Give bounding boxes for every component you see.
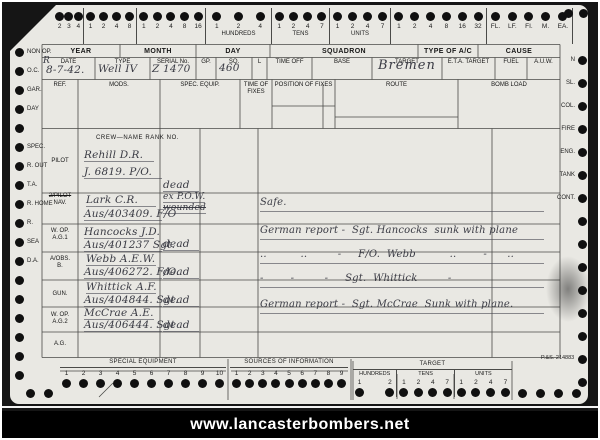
punch-unit: 1 <box>139 12 148 30</box>
label-spec-equip: SPEC. EQUIP. <box>160 80 240 94</box>
label-base: BASE <box>312 58 372 79</box>
punch-unit: 2 <box>234 12 243 30</box>
pos-line1: A/OBS. <box>50 256 70 262</box>
punch-unit <box>44 389 53 400</box>
punch-unit: 2 <box>289 12 298 30</box>
punch-hole <box>181 379 190 388</box>
punch-number: 8 <box>445 23 449 30</box>
punch-hole <box>410 12 419 21</box>
punch-unit: 8 <box>442 12 451 30</box>
punch-group-sublabel: UNITS <box>330 31 390 38</box>
rail-label: FIRE <box>547 126 575 133</box>
punch-hole <box>394 12 403 21</box>
punch-unit: 8 <box>324 370 333 388</box>
punch-hole <box>578 79 587 88</box>
punch-unit: 9 <box>198 370 207 388</box>
pos-line1: W. OP. <box>51 228 69 234</box>
crew-note: .. .. - F/O. Webb .. - .. <box>260 249 544 264</box>
punch-hole <box>572 389 581 398</box>
punch-group-year: 234 <box>55 8 84 44</box>
crew-note: German report - Sgt. McCrae Sunk with pl… <box>260 299 544 314</box>
punch-number: 1 <box>65 370 69 377</box>
punch-hole <box>578 148 587 157</box>
punch-unit: 7 <box>501 379 510 397</box>
punch-hole <box>578 56 587 65</box>
pos-line1: PILOT <box>51 158 68 164</box>
punch-hole <box>491 12 500 21</box>
target-title: TARGET <box>353 361 512 370</box>
punch-hole <box>337 379 346 388</box>
punch-number: 10 <box>216 370 223 377</box>
rail-item <box>541 210 587 233</box>
punch-unit <box>579 9 588 20</box>
label-ref: REF. <box>42 80 78 94</box>
header-year: YEAR <box>42 45 120 57</box>
punch-hole <box>271 379 280 388</box>
punch-unit: 1 <box>86 12 95 30</box>
punch-number: 2 <box>82 370 86 377</box>
punch-hole <box>524 12 533 21</box>
punch-hole <box>15 105 24 114</box>
rail-item <box>541 233 587 256</box>
punch-number: M. <box>542 23 549 30</box>
punch-hole <box>125 12 134 21</box>
header-month: MONTH <box>120 45 196 57</box>
punch-number: 16 <box>459 23 466 30</box>
punch-number: 2 <box>417 379 421 386</box>
punch-unit: 2 <box>245 370 254 388</box>
punch-hole <box>15 314 24 323</box>
right-punch-rail: NSL.COL.FIREENG.TANKCONT. <box>541 49 587 394</box>
punch-number: 32 <box>474 23 481 30</box>
punch-group-squadron-units: 1247 UNITS <box>330 8 391 44</box>
header-day: DAY <box>196 45 270 57</box>
separator-line <box>2 406 598 408</box>
crew-position-label: A/OBS.B. <box>44 256 76 270</box>
special-equipment-section: SPECIAL EQUIPMENT 12345678910 <box>60 359 226 388</box>
punch-hole <box>518 389 527 398</box>
rail-label: CONT. <box>547 195 575 202</box>
punch-number: 4 <box>429 23 433 30</box>
punch-number: 4 <box>169 23 173 30</box>
punch-hole <box>15 276 24 285</box>
crew-status: dead <box>163 179 199 192</box>
punch-unit: 4 <box>486 379 495 397</box>
crew-note: - - - Sgt. Whittick - <box>260 273 544 288</box>
punch-unit: 7 <box>311 370 320 388</box>
punch-number: 2 <box>156 23 160 30</box>
pos-line2: NAV. <box>53 200 66 206</box>
punch-unit: 3 <box>64 12 73 30</box>
punch-number: 1 <box>277 23 281 30</box>
punch-number: 4 <box>366 23 370 30</box>
rail-item: DAY <box>15 100 54 119</box>
hw-date: 8-7-42. <box>46 64 85 76</box>
target-groups: HUNDREDS 12 TENS 1247 UNITS 1247 <box>353 370 512 397</box>
crew-note: German report - Sgt. Hancocks sunk with … <box>260 225 544 240</box>
top-punch-strip: 234 1248 124816 124 HUNDREDS 1247 TENS 1… <box>55 8 573 44</box>
sources-of-information-section: SOURCES OF INFORMATION 123456789 <box>230 359 348 388</box>
punch-hole <box>324 379 333 388</box>
punch-cells: 123456789 <box>230 368 348 388</box>
punch-hole <box>55 12 64 21</box>
crew-number: Aus/403409. F/O <box>84 208 162 221</box>
punch-unit: 1 <box>275 12 284 30</box>
punch-number: 2 <box>388 379 392 386</box>
crew-status: ex P.O.W. <box>163 192 205 203</box>
punch-hole <box>64 12 73 21</box>
punch-hole <box>428 388 437 397</box>
punch-hole <box>298 379 307 388</box>
crew-name: Lark C.R. <box>86 194 156 207</box>
punch-unit: 2 <box>79 370 88 388</box>
crew-name: Webb A.E.W. <box>86 253 156 266</box>
section-header-row: YEAR MONTH DAY SQUADRON TYPE OF A/C CAUS… <box>42 45 560 57</box>
scan-smudge <box>546 256 590 322</box>
punch-hole <box>442 12 451 21</box>
punch-unit: 6 <box>147 370 156 388</box>
punch-hole <box>285 379 294 388</box>
punch-hole <box>474 12 483 21</box>
punch-number: 7 <box>381 23 385 30</box>
crew-position-label: PILOT <box>44 158 76 165</box>
crew-status-2: wounded <box>163 203 206 214</box>
punch-number: 1 <box>142 23 146 30</box>
punch-number: 3 <box>99 370 103 377</box>
punch-hole <box>112 12 121 21</box>
website-url: www.lancasterbombers.net <box>190 416 409 434</box>
punch-number: 2 <box>58 23 62 30</box>
label-fuel: FUEL <box>495 58 527 79</box>
punch-cells: 1248 <box>84 8 136 30</box>
header-squadron: SQUADRON <box>270 45 418 57</box>
punch-unit: 10 <box>215 370 224 388</box>
crew-status: dead <box>163 238 199 251</box>
punch-number: 7 <box>167 370 171 377</box>
punch-hole <box>578 102 587 111</box>
punch-hole <box>15 238 24 247</box>
punch-hole <box>414 388 423 397</box>
rail-item: FIRE <box>541 118 587 141</box>
pos-line2: A.G.2 <box>52 319 67 325</box>
label-bomb-load: BOMB LOAD <box>458 80 560 94</box>
punch-number: 7 <box>320 23 324 30</box>
punch-number: 4 <box>306 23 310 30</box>
punch-unit: 4 <box>166 12 175 30</box>
rail-item <box>541 325 587 348</box>
punch-hole <box>578 332 587 341</box>
punch-unit: 16 <box>458 12 467 30</box>
punch-hole <box>578 125 587 134</box>
punch-number: 1 <box>397 23 401 30</box>
punch-cells: 1247 <box>330 8 390 30</box>
punch-unit: 1 <box>394 12 403 30</box>
punch-hole <box>578 240 587 249</box>
punch-unit: 1 <box>399 379 408 397</box>
print-code: P.&S. 214883 <box>541 355 574 361</box>
punch-number: LF. <box>508 23 517 30</box>
punch-number: 2 <box>248 370 252 377</box>
punch-hole <box>426 12 435 21</box>
punch-group-squadron-hundreds: 124 HUNDREDS <box>206 8 272 44</box>
punch-unit: 4 <box>426 12 435 30</box>
punch-hole <box>99 12 108 21</box>
punch-unit: 7 <box>317 12 326 30</box>
punch-hole <box>385 388 394 397</box>
punch-cells: 1247 <box>455 377 512 397</box>
punch-hole <box>355 388 364 397</box>
punch-number: 7 <box>504 379 508 386</box>
header-type-of-ac: TYPE OF A/C <box>418 45 478 57</box>
punch-hole <box>501 388 510 397</box>
punch-unit: 2 <box>153 12 162 30</box>
rail-item: COL. <box>541 95 587 118</box>
punch-hole <box>458 12 467 21</box>
punch-hole <box>578 217 587 226</box>
rail-label: TANK <box>547 172 575 179</box>
punch-unit: FI. <box>524 12 533 30</box>
punch-unit: 4 <box>113 370 122 388</box>
punch-unit: 32 <box>474 12 483 30</box>
label-route: ROUTE <box>335 80 458 94</box>
punch-unit: 7 <box>164 370 173 388</box>
punch-unit: 16 <box>194 12 203 30</box>
punch-unit: 6 <box>298 370 307 388</box>
punch-number: 4 <box>489 379 493 386</box>
label-position-of-fixes: POSITION OF FIXES <box>272 80 335 94</box>
punch-unit: 2 <box>410 12 419 30</box>
punch-hole <box>256 12 265 21</box>
crew-number: Aus/401237 Sgt. <box>84 239 162 252</box>
punch-unit: 8 <box>181 370 190 388</box>
punch-unit: 2 <box>348 12 357 30</box>
crew-status: dead <box>163 319 199 332</box>
crew-position-label: GUN. <box>44 291 76 298</box>
crew-name: Hancocks J.D. <box>84 226 154 239</box>
punch-hole <box>166 12 175 21</box>
label-eta-target: E.T.A. TARGET <box>442 58 495 79</box>
punch-hole <box>15 200 24 209</box>
punch-unit <box>564 9 573 20</box>
corner-punch-holes <box>564 9 588 20</box>
punch-hole <box>44 389 53 398</box>
punch-hole <box>258 379 267 388</box>
header-cause: CAUSE <box>478 45 560 57</box>
label-gp: GP. <box>196 58 216 79</box>
website-caption-bar: www.lancasterbombers.net <box>2 411 598 438</box>
punch-number: 2 <box>351 23 355 30</box>
punch-cells: 1247 <box>272 8 329 30</box>
punch-hole <box>15 295 24 304</box>
punch-hole <box>317 12 326 21</box>
punch-hole <box>275 12 284 21</box>
punch-number: 4 <box>274 370 278 377</box>
punch-unit: 4 <box>256 12 265 30</box>
punch-hole <box>378 12 387 21</box>
punch-number: 7 <box>445 379 449 386</box>
rail-item: SPEC. <box>15 138 54 157</box>
punch-number: 1 <box>402 379 406 386</box>
crew-status: dead <box>163 294 199 307</box>
punch-cells: 124816 <box>137 8 205 30</box>
punch-number: 16 <box>195 23 202 30</box>
punch-hole <box>15 333 24 342</box>
punch-number: 1 <box>358 379 362 386</box>
punch-hole <box>194 12 203 21</box>
punch-unit <box>26 389 35 400</box>
punch-hole <box>15 352 24 361</box>
sources-title: SOURCES OF INFORMATION <box>230 359 348 368</box>
punch-number: 5 <box>133 370 137 377</box>
punch-unit: 2 <box>414 379 423 397</box>
pos-line2: B. <box>57 263 63 269</box>
punch-hole <box>15 371 24 380</box>
punch-number: 7 <box>313 370 317 377</box>
punch-hole <box>164 379 173 388</box>
punch-unit <box>554 389 563 400</box>
crew-status: dead <box>163 266 199 279</box>
punch-number: 9 <box>340 370 344 377</box>
hw-squadron: 460 <box>219 62 240 74</box>
rail-label: COL. <box>547 103 575 110</box>
crew-header: CREW—NAME RANK NO. <box>96 135 179 141</box>
pos-line1: GUN. <box>53 291 68 297</box>
punch-unit: 4 <box>428 379 437 397</box>
rail-item: CONT. <box>541 187 587 210</box>
punch-unit <box>536 389 545 400</box>
punch-hole <box>139 12 148 21</box>
punch-hole <box>234 12 243 21</box>
punch-hole <box>26 389 35 398</box>
crew-name: Rehill D.R. <box>84 149 154 162</box>
crew-number: Aus/404844. Sgt. <box>84 294 162 307</box>
punch-number: 6 <box>150 370 154 377</box>
punch-hole <box>96 379 105 388</box>
label-time-off: TIME OFF <box>267 58 312 79</box>
punch-hole <box>486 388 495 397</box>
label-auw: A.U.W. <box>527 58 560 79</box>
hw-type: Well IV <box>98 63 137 75</box>
punch-hole <box>15 219 24 228</box>
pos-line1: A.G. <box>54 341 66 347</box>
punch-hole <box>15 124 24 133</box>
punch-unit: 1 <box>62 370 71 388</box>
punch-number: 3 <box>261 370 265 377</box>
punch-unit: 3 <box>258 370 267 388</box>
punch-hole <box>457 388 466 397</box>
punch-cells: 12 <box>353 377 396 397</box>
target-tens-group: TENS 1247 <box>396 370 453 397</box>
punch-unit: 7 <box>443 379 452 397</box>
punch-hole <box>15 181 24 190</box>
punch-unit: M. <box>541 12 550 30</box>
punch-unit: 1 <box>333 12 342 30</box>
punch-hole <box>113 379 122 388</box>
punch-number: 4 <box>77 23 81 30</box>
punch-hole <box>79 379 88 388</box>
punch-number: 8 <box>128 23 132 30</box>
punch-hole <box>399 388 408 397</box>
punch-group-cause: FL.LF.FI.M.EA. <box>487 8 573 44</box>
punch-unit: 8 <box>125 12 134 30</box>
punch-unit: 1 <box>212 12 221 30</box>
special-equipment-title: SPECIAL EQUIPMENT <box>60 359 226 368</box>
pos-line2: A.G.1 <box>52 235 67 241</box>
punch-unit: 4 <box>74 12 83 30</box>
punch-unit: 3 <box>96 370 105 388</box>
punch-number: FI. <box>525 23 533 30</box>
punch-group-sublabel: HUNDREDS <box>206 31 271 38</box>
punch-cells: 12481632 <box>391 8 486 30</box>
punch-number: 8 <box>327 370 331 377</box>
punch-cells: 234 <box>55 8 83 30</box>
punch-hole <box>311 379 320 388</box>
crew-position-label: W. OP.A.G.1 <box>44 228 76 242</box>
punch-number: 6 <box>300 370 304 377</box>
punch-hole <box>180 12 189 21</box>
rail-label: R. <box>27 220 54 227</box>
punch-hole <box>443 388 452 397</box>
punch-hole <box>471 388 480 397</box>
punch-number: 5 <box>287 370 291 377</box>
hw-serial: Z 1470 <box>152 63 191 75</box>
punch-unit: 2 <box>99 12 108 30</box>
punch-unit: 4 <box>271 370 280 388</box>
punch-hole <box>303 12 312 21</box>
punch-hole <box>86 12 95 21</box>
punch-group-type-of-ac: 12481632 <box>391 8 487 44</box>
punch-hole <box>62 379 71 388</box>
punch-hole <box>15 67 24 76</box>
punch-hole <box>130 379 139 388</box>
punch-hole <box>578 355 587 364</box>
target-hundreds-group: HUNDREDS 12 <box>353 370 396 397</box>
punch-hole <box>15 162 24 171</box>
punch-unit: 2 <box>55 12 64 30</box>
punch-number: 4 <box>431 379 435 386</box>
punch-hole <box>333 12 342 21</box>
punch-hole <box>212 12 221 21</box>
punch-unit: 4 <box>363 12 372 30</box>
punch-number: EA. <box>558 23 568 30</box>
scanned-loss-card-page: 234 1248 124816 124 HUNDREDS 1247 TENS 1… <box>0 0 600 440</box>
punch-hole <box>15 48 24 57</box>
punch-unit: 1 <box>232 370 241 388</box>
punch-hole <box>15 86 24 95</box>
punch-hole <box>153 12 162 21</box>
label-mods: MODS. <box>78 80 160 94</box>
punch-number: 1 <box>235 370 239 377</box>
rail-label: SPEC. <box>27 144 54 151</box>
punch-unit: 5 <box>130 370 139 388</box>
punch-hole <box>564 9 573 18</box>
punch-number: 4 <box>115 23 119 30</box>
pos-line1: W. OP. <box>51 312 69 318</box>
punch-hole <box>554 389 563 398</box>
punch-hole <box>15 143 24 152</box>
punch-group-month: 1248 <box>84 8 137 44</box>
target-section: TARGET HUNDREDS 12 TENS 1247 UNITS 1247 <box>353 361 512 397</box>
punch-unit: 4 <box>303 12 312 30</box>
punch-hole <box>198 379 207 388</box>
fix-label-row: REF. MODS. SPEC. EQUIP. TIME OF FIXES PO… <box>42 80 560 94</box>
punch-number: 1 <box>459 379 463 386</box>
punch-number: 4 <box>258 23 262 30</box>
rail-label: T.A. <box>27 182 54 189</box>
crew-number: J. 6819. P/O. <box>84 166 162 179</box>
punch-hole <box>578 194 587 203</box>
punch-hole <box>541 12 550 21</box>
